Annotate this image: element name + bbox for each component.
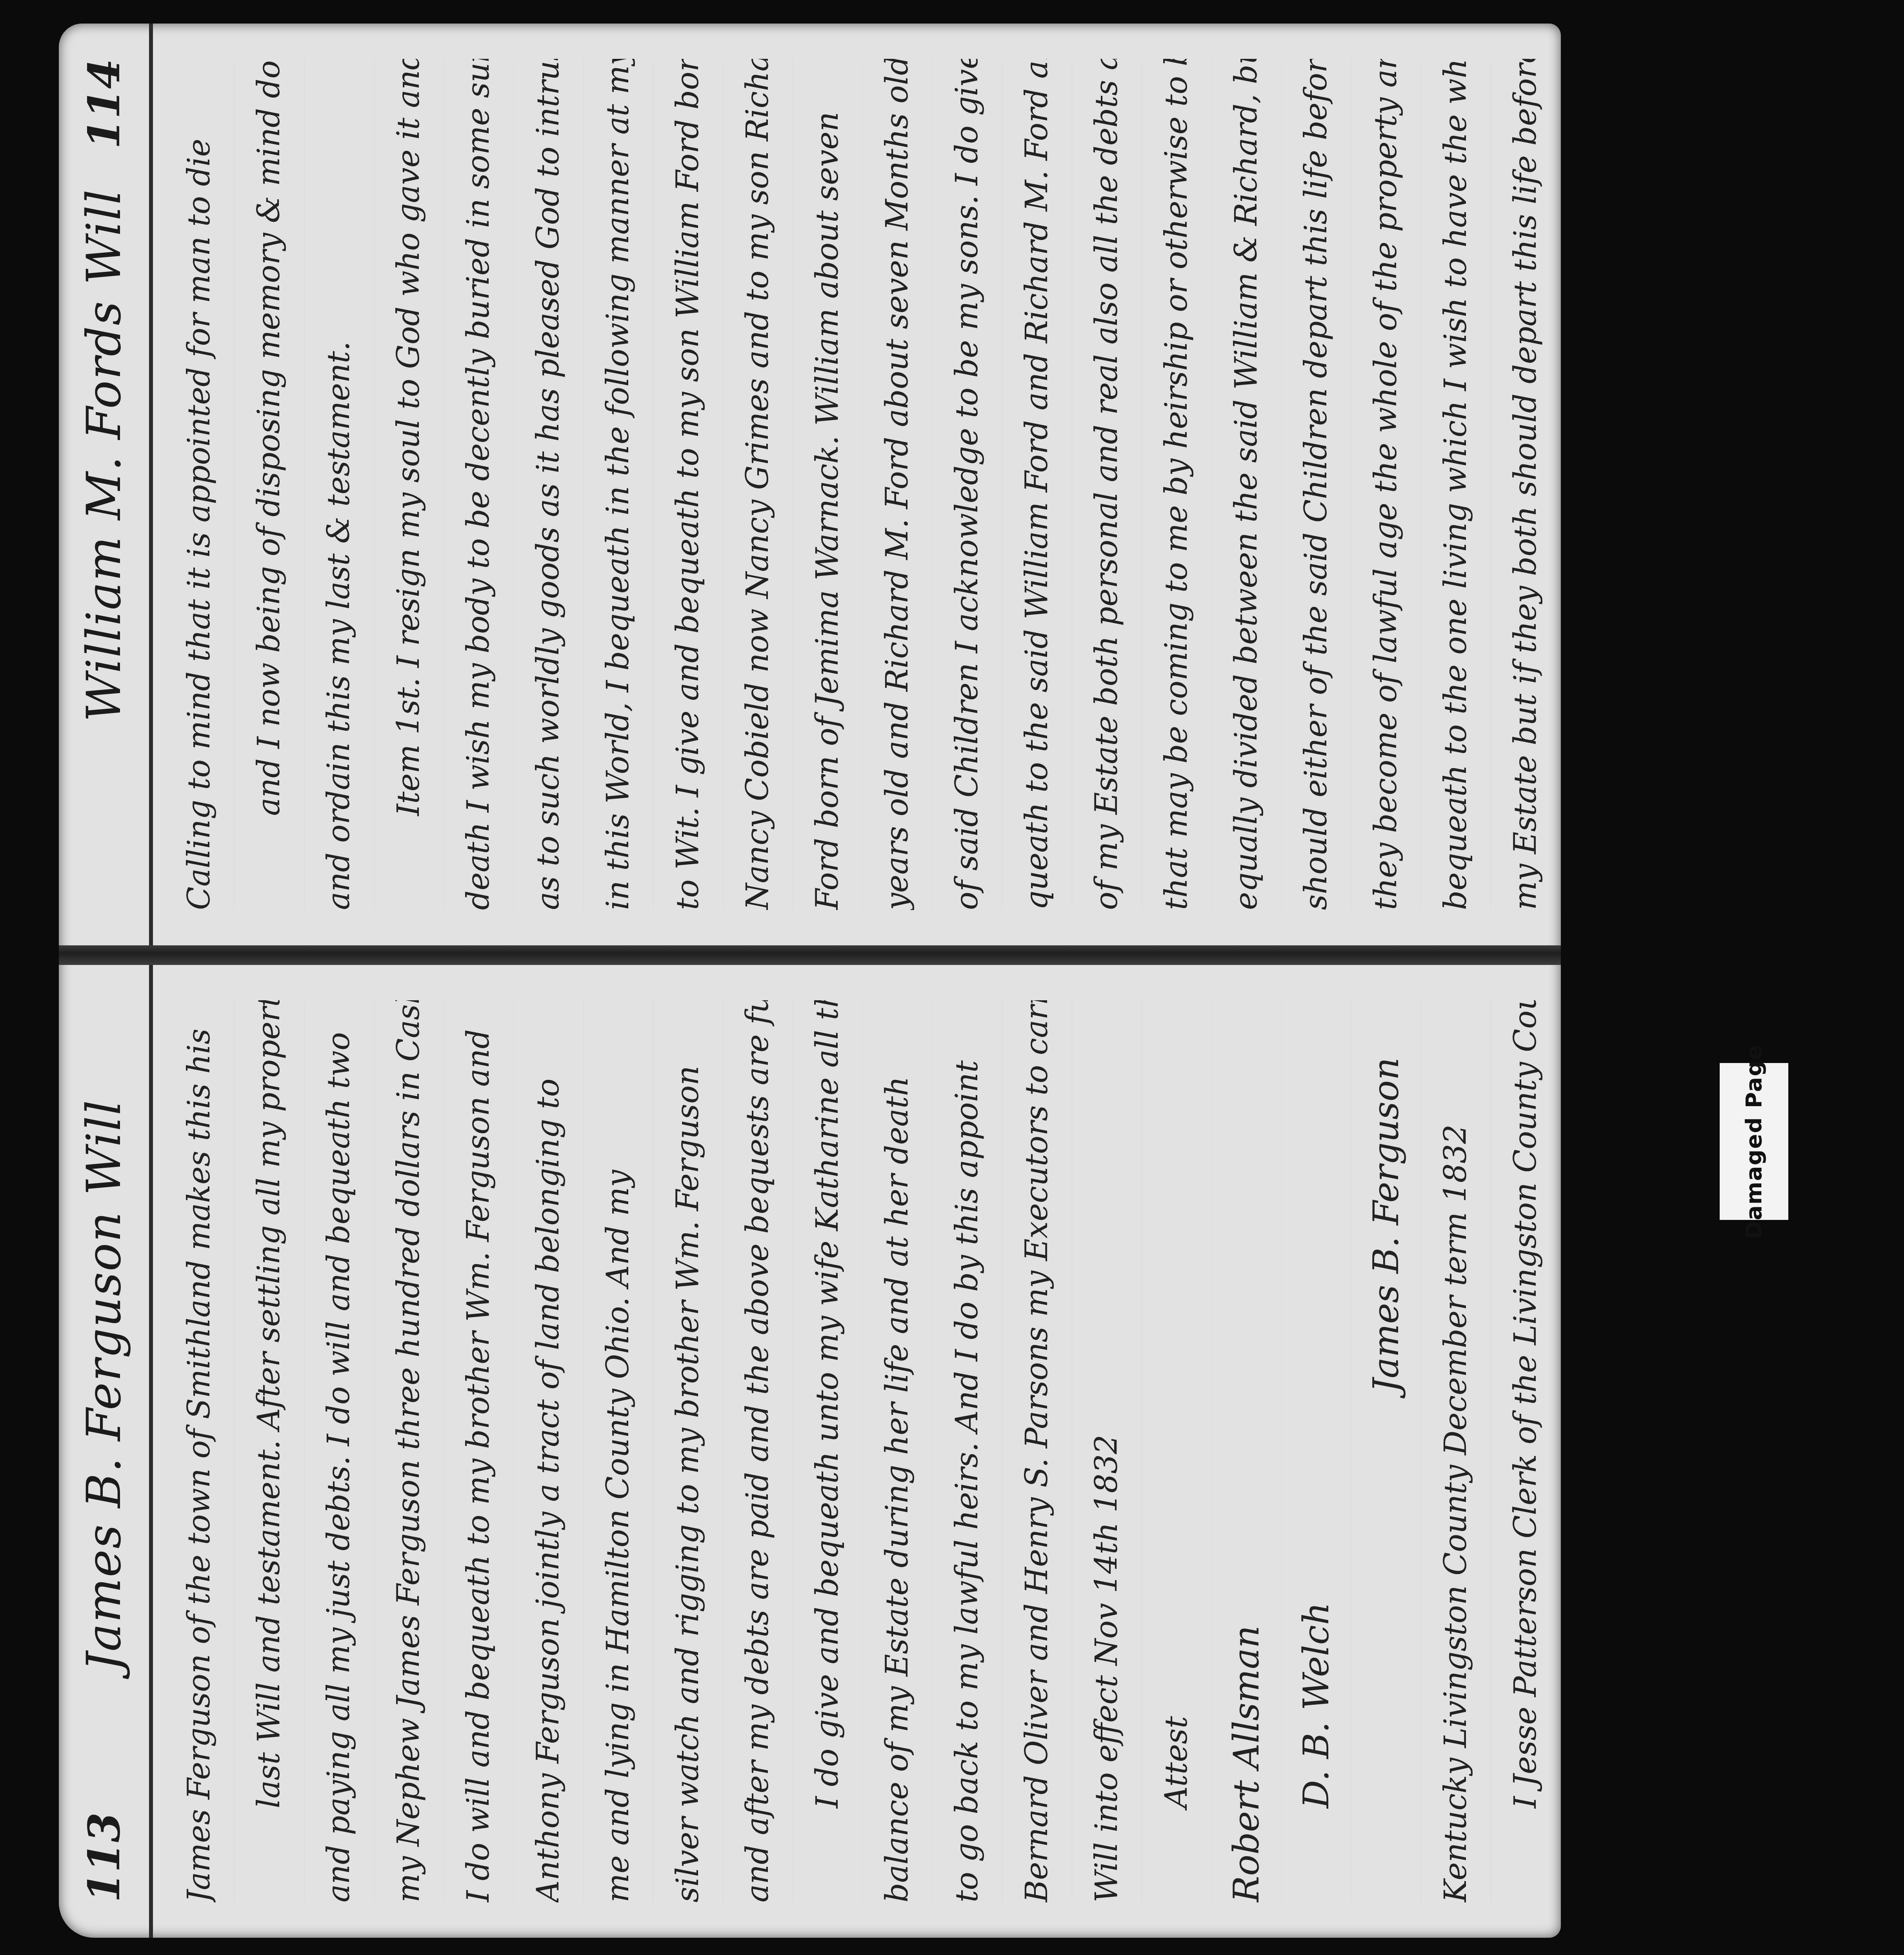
will-text-line: death I wish my body to be decently buri… [444,59,514,910]
page-113-number: 113 [79,1812,129,1902]
testator-signature: James B. Ferguson [1351,1000,1421,1902]
book-gutter [59,945,1561,965]
attest-label: Attest [1142,1000,1212,1902]
will-text-line: my Nephew James Ferguson three hundred d… [374,1000,444,1902]
will-text-line: queath to the said William Ford and Rich… [1002,59,1072,910]
certificate-line: Kentucky Livingston County December term… [1421,1000,1491,1902]
will-text-line: to Wit. I give and bequeath to my son Wi… [653,59,723,910]
page-114-title: William M. Fords Will [77,189,131,722]
will-text-line: in this World, I bequeath in the followi… [584,59,653,910]
will-text-line: and ordain this my last & testament. [304,59,374,910]
will-text-line: Will into effect Nov 14th 1832 [1072,1000,1142,1902]
page-113-header: 113 James B. Ferguson Will [59,965,153,1938]
will-text-line: and paying all my just debts. I do will … [304,1000,374,1902]
witness-signature: Robert Allsman [1212,1000,1282,1902]
page-114-body: Calling to mind that it is appointed for… [153,24,1561,945]
will-text-line: of my Estate both personal and real also… [1072,59,1142,910]
will-text-line: as to such worldly goods as it has pleas… [514,59,584,910]
will-text-line: balance of my Estate during her life and… [863,1000,933,1902]
will-text-line: years old and Richard M. Ford about seve… [863,59,933,910]
will-text-line: Anthony Ferguson jointly a tract of land… [514,1000,584,1902]
will-text-line: of said Children I acknowledge to be my … [933,59,1002,910]
will-text-line: my Estate but if they both should depart… [1491,59,1561,910]
page-113-rotated-content: 113 James B. Ferguson Will James Ferguso… [59,965,1561,1938]
witness-signature: D. B. Welch [1282,1000,1351,1902]
page-114: William M. Fords Will 114 Calling to min… [59,24,1561,945]
page-114-number: 114 [79,59,129,149]
will-text-line: I do give and bequeath unto my wife Kath… [793,1000,863,1902]
will-text-line: and I now being of disposing memory & mi… [235,59,304,910]
will-text-line: Nancy Cobield now Nancy Grimes and to my… [723,59,793,910]
damaged-page-label: Damaged Page [1720,1063,1788,1220]
page-113-body: James Ferguson of the town of Smithland … [153,965,1561,1938]
will-text-line: silver watch and rigging to my brother W… [653,1000,723,1902]
will-text-line: to go back to my lawful heirs. And I do … [933,1000,1002,1902]
will-text-line: last Will and testament. After settling … [235,1000,304,1902]
will-text-line: Ford born of Jemima Warnack. William abo… [793,59,863,910]
will-text-line: bequeath to the one living which I wish … [1421,59,1491,910]
will-text-line: they become of lawful age the whole of t… [1351,59,1421,910]
will-text-line: Item 1st. I resign my soul to God who ga… [374,59,444,910]
certificate-line: I Jesse Patterson Clerk of the Livingsto… [1491,1000,1561,1902]
page-113: 113 James B. Ferguson Will James Ferguso… [59,965,1561,1938]
will-text-line: Calling to mind that it is appointed for… [165,59,235,910]
will-text-line: equally divided between the said William… [1212,59,1282,910]
page-113-title: James B. Ferguson Will [77,1099,131,1671]
will-text-line: James Ferguson of the town of Smithland … [165,1000,235,1902]
will-text-line: me and lying in Hamilton County Ohio. An… [584,1000,653,1902]
page-114-header: William M. Fords Will 114 [59,24,153,945]
damaged-page-text: Damaged Page [1741,1044,1767,1239]
will-text-line: that may be coming to me by heirship or … [1142,59,1212,910]
page-114-rotated-content: William M. Fords Will 114 Calling to min… [59,24,1561,945]
will-text-line: Bernard Oliver and Henry S. Parsons my E… [1002,1000,1072,1902]
will-text-line: and after my debts are paid and the abov… [723,1000,793,1902]
will-text-line: should either of the said Children depar… [1282,59,1351,910]
will-text-line: I do will and bequeath to my brother Wm.… [444,1000,514,1902]
